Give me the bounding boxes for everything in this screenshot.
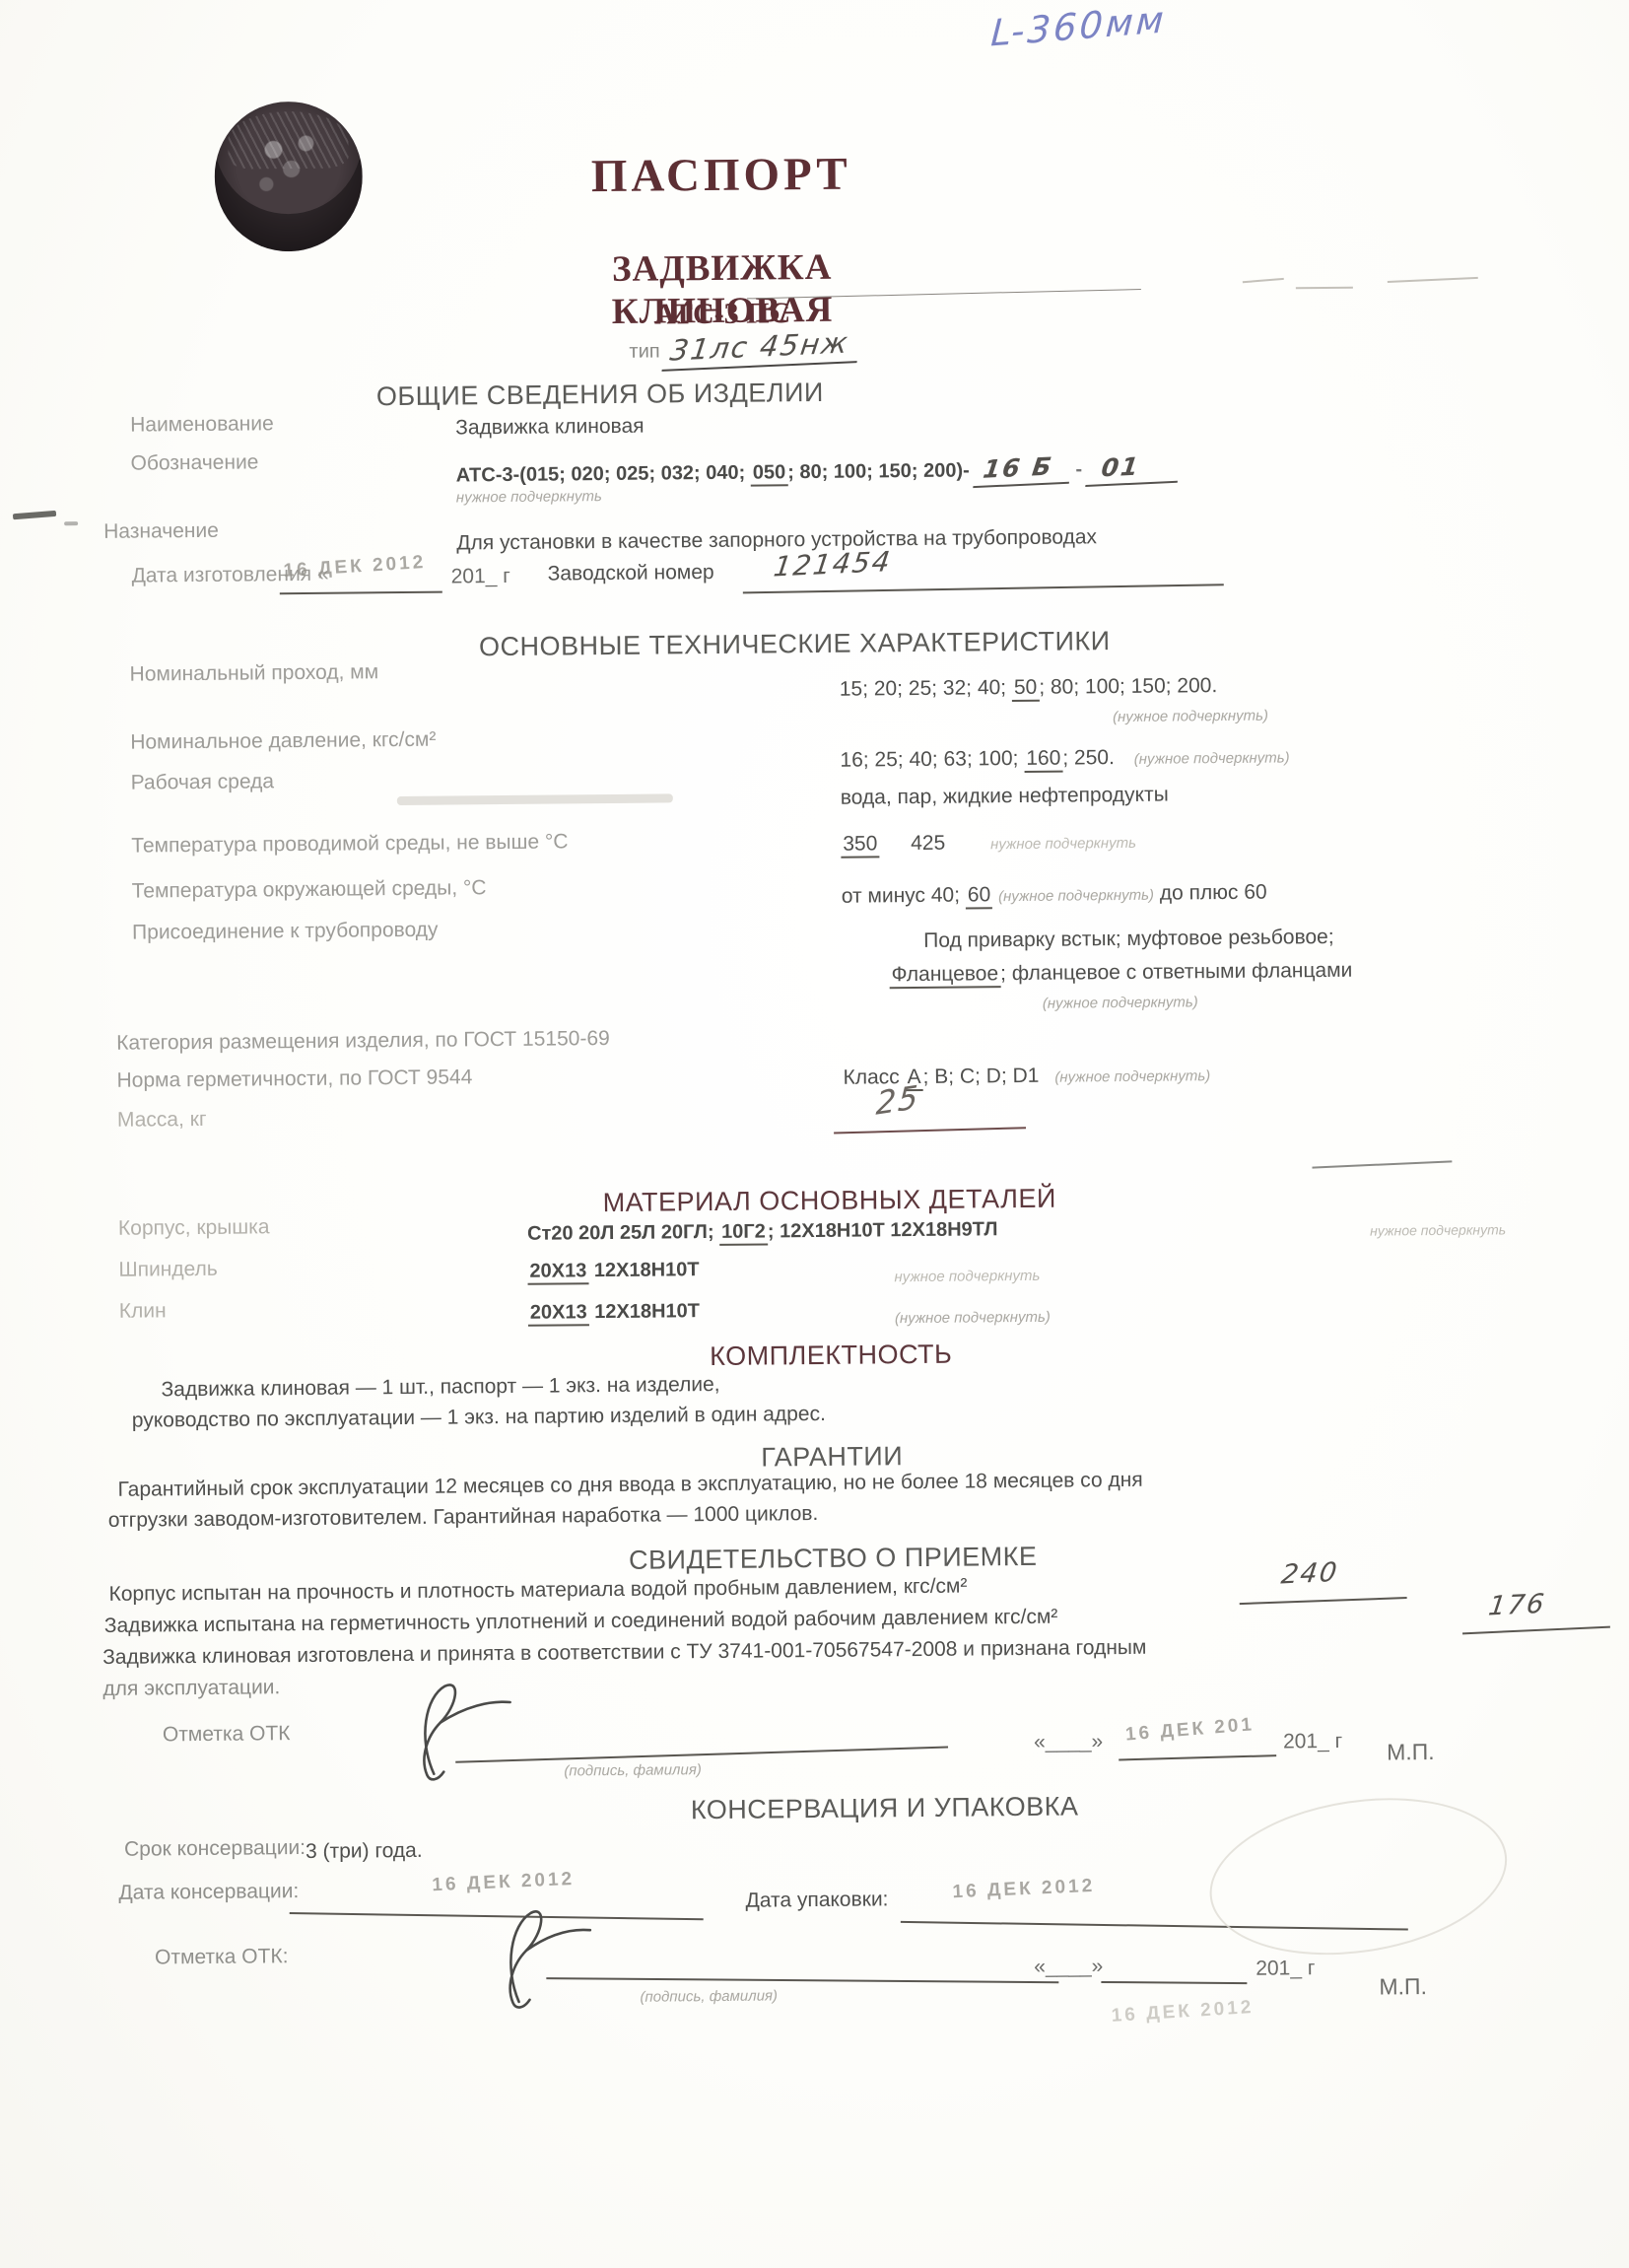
bore-prefix: 15; 20; 25; 32; 40; (840, 676, 1012, 701)
bore-suffix: ; 80; 100; 150; 200. (1039, 674, 1217, 699)
acceptance-line1: Корпус испытан на прочность и плотность … (108, 1575, 967, 1607)
leakage-suffix: ; В; С; D; D1 (922, 1065, 1039, 1088)
designation-value: АТС-3-(015; 020; 025; 032; 040; 050; 80;… (456, 451, 1180, 491)
material-stem-label: Шпиндель (118, 1258, 218, 1282)
material-body-selected: 10Г2 (719, 1220, 768, 1245)
factory-logo-stamp (214, 101, 363, 251)
conservation-date-label: Дата консервации: (118, 1880, 299, 1905)
leakage-label: Норма герметичности, по ГОСТ 9544 (116, 1065, 472, 1092)
designation-label: Обозначение (130, 450, 258, 475)
scan-blob-artifact (397, 793, 673, 805)
name-label: Наименование (130, 412, 274, 437)
scan-dash-artifact (1296, 287, 1353, 290)
acceptance-seal-mark: М.П. (1387, 1739, 1435, 1765)
completeness-line1: Задвижка клиновая — 1 шт., паспорт — 1 э… (161, 1373, 719, 1402)
mass-underline (834, 1127, 1026, 1134)
scan-dash-artifact (1388, 277, 1478, 283)
conservation-day-blank: «____» (1034, 1955, 1103, 1979)
section-title-completeness: КОМПЛЕКТНОСТЬ (614, 1339, 1048, 1373)
connection-selected: Фланцевое (889, 962, 1000, 989)
pressure-prefix: 16; 25; 40; 63; 100; (840, 747, 1024, 772)
bore-selected: 50 (1012, 676, 1040, 702)
section-title-tech: ОСНОВНЫЕ ТЕХНИЧЕСКИЕ ХАРАКТЕРИСТИКИ (410, 625, 1179, 662)
designation-suffix: ; 80; 100; 150; 200)- (787, 459, 970, 483)
conservation-date-line2 (1101, 1981, 1247, 1984)
scanned-passport-page: L-360мм ПАСПОРТ ЗАДВИЖКА КЛИНОВАЯ АТС-3 … (0, 0, 1629, 2268)
conservation-seal-mark: М.П. (1379, 1973, 1427, 2000)
material-wedge-suffix: 12Х18Н10Т (589, 1300, 701, 1323)
test-pressure-handwritten: 240 (1279, 1557, 1340, 1591)
signature-line (546, 1977, 1058, 1983)
conservation-period-value: 3 (три) года. (305, 1839, 423, 1864)
medium-label: Рабочая среда (131, 770, 275, 794)
test-pressure-line (1240, 1597, 1407, 1605)
purpose-label: Назначение (103, 519, 219, 544)
scan-line-artifact (1312, 1160, 1452, 1168)
material-wedge-selected: 20Х13 (528, 1301, 589, 1327)
conservation-bottom-stamp: 16 ДЕК 2012 (1111, 1997, 1255, 2027)
working-pressure-handwritten: 176 (1487, 1589, 1548, 1622)
manufacture-date-stamp: 16 ДЕК 2012 (283, 552, 427, 583)
bore-note: (нужное подчеркнуть) (1113, 708, 1268, 726)
conservation-date-stamp: 16 ДЕК 2012 (432, 1869, 576, 1896)
temp-ambient-value: от минус 40; 60 (нужное подчеркнуть) до … (842, 881, 1267, 909)
pressure-note: (нужное подчеркнуть) (1134, 749, 1290, 768)
material-wedge-note: (нужное подчеркнуть) (895, 1309, 1051, 1328)
acceptance-day-blank: «____» (1034, 1730, 1103, 1754)
temp-medium-selected: 350 (841, 832, 879, 858)
material-stem-selected: 20Х13 (527, 1260, 588, 1285)
serial-number-label: Заводской номер (548, 561, 714, 586)
material-body-label: Корпус, крышка (118, 1215, 270, 1240)
temp-ambient-label: Температура окружающей среды, °С (132, 876, 487, 903)
bore-label: Номинальный проход, мм (129, 660, 378, 686)
acceptance-year-blank: 201_ г (1283, 1730, 1342, 1754)
material-body-value: Ст20 20Л 25Л 20ГЛ; 10Г2; 12Х18Н10Т 12Х18… (527, 1218, 998, 1246)
category-label: Категория размещения изделия, по ГОСТ 15… (116, 1027, 610, 1056)
designation-prefix: АТС-3-(015; 020; 025; 032; 040; (456, 462, 751, 487)
scan-smudge-artifact (64, 521, 78, 525)
packing-date-label: Дата упаковки: (745, 1888, 888, 1912)
acceptance-line3: Задвижка клиновая изготовлена и принята … (102, 1636, 1146, 1670)
pressure-suffix: ; 250. (1062, 746, 1115, 770)
pressure-selected: 160 (1024, 747, 1062, 773)
acceptance-line4: для эксплуатации. (102, 1676, 280, 1701)
section-title-conservation: КОНСЕРВАЦИЯ И УПАКОВКА (589, 1790, 1181, 1826)
material-stem-value: 20Х13 12Х18Н10Т (527, 1259, 699, 1283)
mass-label: Масса, кг (117, 1108, 207, 1133)
warranty-line1: Гарантийный срок эксплуатации 12 месяцев… (117, 1469, 1142, 1502)
temp-ambient-note: (нужное подчеркнуть) (998, 887, 1154, 906)
medium-value: вода, пар, жидкие нефтепродукты (841, 784, 1169, 810)
leakage-note: (нужное подчеркнуть) (1054, 1067, 1210, 1086)
connection-label: Присоединение к трубопроводу (132, 919, 439, 945)
section-title-general: ОБЩИЕ СВЕДЕНИЯ ОБ ИЗДЕЛИИ (376, 378, 824, 412)
underline-note: нужное подчеркнуть (456, 488, 602, 506)
conservation-sign-caption: (подпись, фамилия) (640, 1987, 778, 2005)
acceptance-sign-caption: (подпись, фамилия) (564, 1761, 702, 1779)
temp-medium-value: 350 425 нужное подчеркнуть (841, 830, 1136, 857)
pressure-value: 16; 25; 40; 63; 100; 160; 250. (нужное п… (840, 744, 1289, 772)
page-title: ПАСПОРТ (539, 147, 905, 204)
temp-ambient-prefix: от минус 40; (842, 884, 966, 908)
temp-ambient-suffix: до плюс 60 (1160, 881, 1267, 905)
material-wedge-value: 20Х13 12Х18Н10Т (528, 1300, 700, 1325)
working-pressure-line (1462, 1626, 1610, 1635)
conservation-year-blank: 201_ г (1256, 1957, 1315, 1981)
otk-signature (395, 1677, 514, 1786)
section-title-warranty: ГАРАНТИИ (654, 1440, 1009, 1474)
manufacture-year-blank: 201_ г (451, 565, 510, 589)
acceptance-date-line (1119, 1754, 1276, 1760)
section-title-acceptance: СВИДЕТЕЛЬСТВО О ПРИЕМКЕ (537, 1541, 1128, 1577)
conservation-period-label: Срок консервации: (124, 1836, 305, 1862)
acceptance-line2: Задвижка испытана на герметичность уплот… (104, 1606, 1058, 1638)
type-value-handwritten: 31лс 45нж (661, 325, 861, 372)
faint-round-seal (1199, 1779, 1519, 1973)
serial-number-value: 121454 (772, 545, 894, 583)
type-label: тип (629, 340, 659, 362)
scan-smudge-artifact (13, 511, 56, 519)
temp-ambient-selected: 60 (966, 883, 993, 909)
connection-note: (нужное подчеркнуть) (1043, 994, 1198, 1012)
material-body-note: нужное подчеркнуть (1370, 1221, 1506, 1238)
material-stem-suffix: 12Х18Н10Т (588, 1259, 700, 1281)
temp-medium-alt: 425 (911, 832, 945, 855)
connection-line1: Под приварку встык; муфтовое резьбовое; (923, 926, 1334, 953)
designation-handwritten-2: 01 (1085, 450, 1182, 487)
packing-date-stamp: 16 ДЕК 2012 (952, 1876, 1096, 1903)
designation-handwritten-1: 16 Б (973, 451, 1072, 488)
material-body-prefix: Ст20 20Л 25Л 20ГЛ; (527, 1221, 719, 1245)
otk-signature (484, 1900, 593, 2015)
handwritten-length-note: L-360мм (989, 0, 1168, 55)
connection-line2: Фланцевое; фланцевое с ответными фланцам… (889, 959, 1352, 988)
pressure-label: Номинальное давление, кгс/см² (130, 728, 436, 755)
material-stem-note: нужное подчеркнуть (894, 1268, 1040, 1285)
manufacture-date-line (280, 591, 442, 595)
section-title-materials: МАТЕРИАЛ ОСНОВНЫХ ДЕТАЛЕЙ (554, 1183, 1106, 1218)
bore-value: 15; 20; 25; 32; 40; 50; 80; 100; 150; 20… (840, 674, 1218, 702)
temp-medium-note: нужное подчеркнуть (990, 835, 1136, 853)
temp-medium-label: Температура проводимой среды, не выше °С (131, 830, 568, 858)
name-value: Задвижка клиновая (455, 415, 645, 441)
acceptance-otk-label: Отметка ОТК (163, 1722, 291, 1747)
material-wedge-label: Клин (119, 1299, 167, 1323)
mass-value-handwritten: 25 (875, 1077, 921, 1122)
warranty-line2: отгрузки заводом-изготовителем. Гарантий… (108, 1502, 819, 1533)
acceptance-date-stamp: 16 ДЕК 201 (1124, 1714, 1256, 1746)
material-body-suffix: ; 12Х18Н10Т 12Х18Н9ТЛ (768, 1218, 998, 1242)
scan-dash-artifact (1243, 278, 1284, 283)
completeness-line2: руководство по эксплуатации — 1 экз. на … (132, 1403, 826, 1433)
serial-number-line (743, 584, 1224, 593)
conservation-otk-label: Отметка ОТК: (155, 1945, 289, 1969)
designation-selected-dn: 050 (751, 461, 788, 486)
connection-line2-rest: ; фланцевое с ответными фланцами (1000, 959, 1352, 985)
